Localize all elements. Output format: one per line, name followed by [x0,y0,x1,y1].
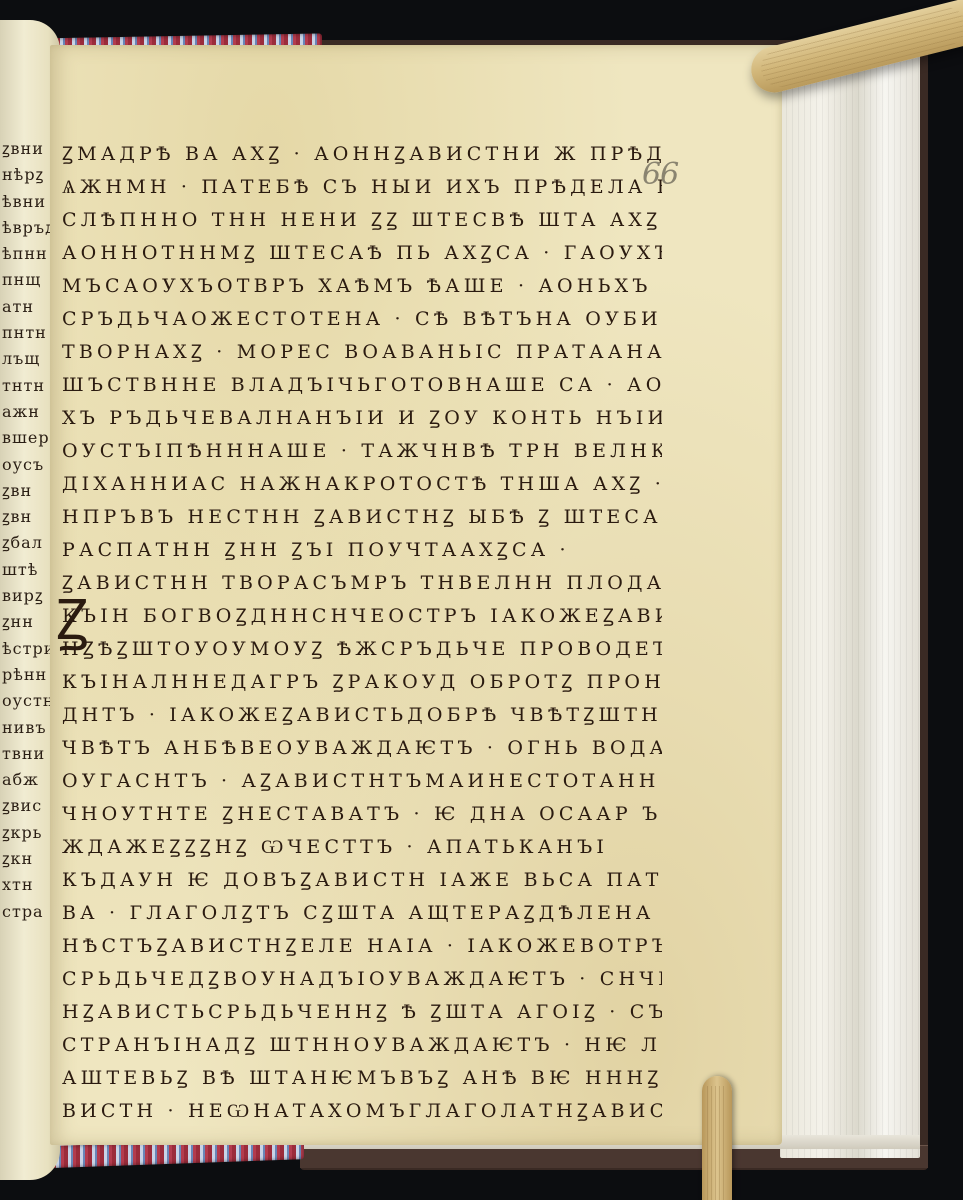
manuscript-line: хъ ръдьчевалнанъıи и ꙁоу конть нъıихъ [62,402,662,435]
manuscript-line: творнахꙁ · морес воаваньıс пратаана [62,336,662,369]
manuscript-line: нꙁавистьсрьдьченнꙁ ѣ ꙁшта агоıꙁ · съ [62,996,662,1029]
manuscript-line: днтъ · ıакожеꙁавистьдобрѣ чвѣтꙁштнн [62,699,662,732]
manuscript-line: къдаун ѥ довъꙁавистн ıаже вьса патевъста [62,864,662,897]
manuscript-line: оугаснтъ · аꙁавистнтъмаинестотанн [62,765,662,798]
manuscript-line: нꙁѣꙁштоуоумоуꙁ ѣжсръдьче проводетъ · [62,633,662,666]
manuscript-line: нѣстъꙁавистнꙁеле наıа · ıакожевотръва [62,930,662,963]
manuscript-line: срьдьчедꙁвоунадъıоуваждаѥтъ · снче [62,963,662,996]
manuscript-line: странъıнадꙁ штнноуваждаѥтъ · нѥ лнкс [62,1029,662,1062]
manuscript-line: ждажеꙁꙁꙁнꙁ ѡчесттъ · апатьканъı [62,831,662,864]
manuscript-line: чноутнте ꙁнеставатъ · ѥ дна осаар ъ [62,798,662,831]
manuscript-text-block: Ꙁ ꙁмадрѣ ва ахꙁ · аоннꙁавистни ж прѣдоѧж… [62,138,662,1128]
manuscript-line: сръдьчаожестотена · сѣ вѣтъна оубиѥнниѥ [62,303,662,336]
manuscript-line: къıн богвоꙁдннснчеостръ ıакожеꙁавист · [62,600,662,633]
decorated-initial: Ꙁ [56,593,88,649]
manuscript-line: распатнн ꙁнн ꙁъı поучтаахꙁса · [62,534,662,567]
manuscript-line: дıханниас нажнакротостѣ тнша ахꙁ · ао [62,468,662,501]
manuscript-line: оустъıпѣнннаше · тажчнвѣ трн велнкꙁ [62,435,662,468]
manuscript-line: чвѣтъ анбѣвеоуваждаѥтъ · огнь вода [62,732,662,765]
manuscript-line: вистн · неѡнатахомъглаголатнꙁавистн · [62,1095,662,1128]
manuscript-line: ꙁмадрѣ ва ахꙁ · аоннꙁавистни ж прѣдо [62,138,662,171]
manuscript-line: ѧжнмн · патебѣ съ ныи ихъ прѣдела ва ахꙁ [62,171,662,204]
recto-page: 66 Ꙁ ꙁмадрѣ ва ахꙁ · аоннꙁавистни ж прѣд… [50,45,782,1145]
manuscript-line: ва · глаголꙁтъ сꙁшта ащтераꙁдѣлена · нѣ [62,897,662,930]
manuscript-line: аоннотннмꙁ штесаѣ пь ахꙁса · гаоухъ ı [62,237,662,270]
manuscript-line: аштевьꙁ вѣ штанѥмъвъꙁ анѣ вѥ нннꙁ а [62,1062,662,1095]
manuscript-photo: ꙁвнинѣрꙁѣвниѣвръдѣпннпнщатнпнтнлъщтнтнаж… [0,0,963,1200]
manuscript-line: ꙁавистнн творасъмръ тнвелнн плоданъı · [62,567,662,600]
wooden-spatula-bottom [702,1076,732,1200]
manuscript-line: нпръвъ нестнн ꙁавистнꙁ ыбѣ ꙁ штеса · [62,501,662,534]
manuscript-line: мъсаоухъотвръ хаѣмъ ѣаше · аоньхъ [62,270,662,303]
manuscript-line: къıналннедагръ ꙁракоуд обротꙁ пронꙁоу [62,666,662,699]
page-edges-stack [780,48,920,1158]
manuscript-line: слѣпнно тнн нени ꙁꙁ штесвѣ шта ахꙁса · [62,204,662,237]
manuscript-line: шъствнне владъıчьготовнаше са · аонѣ [62,369,662,402]
